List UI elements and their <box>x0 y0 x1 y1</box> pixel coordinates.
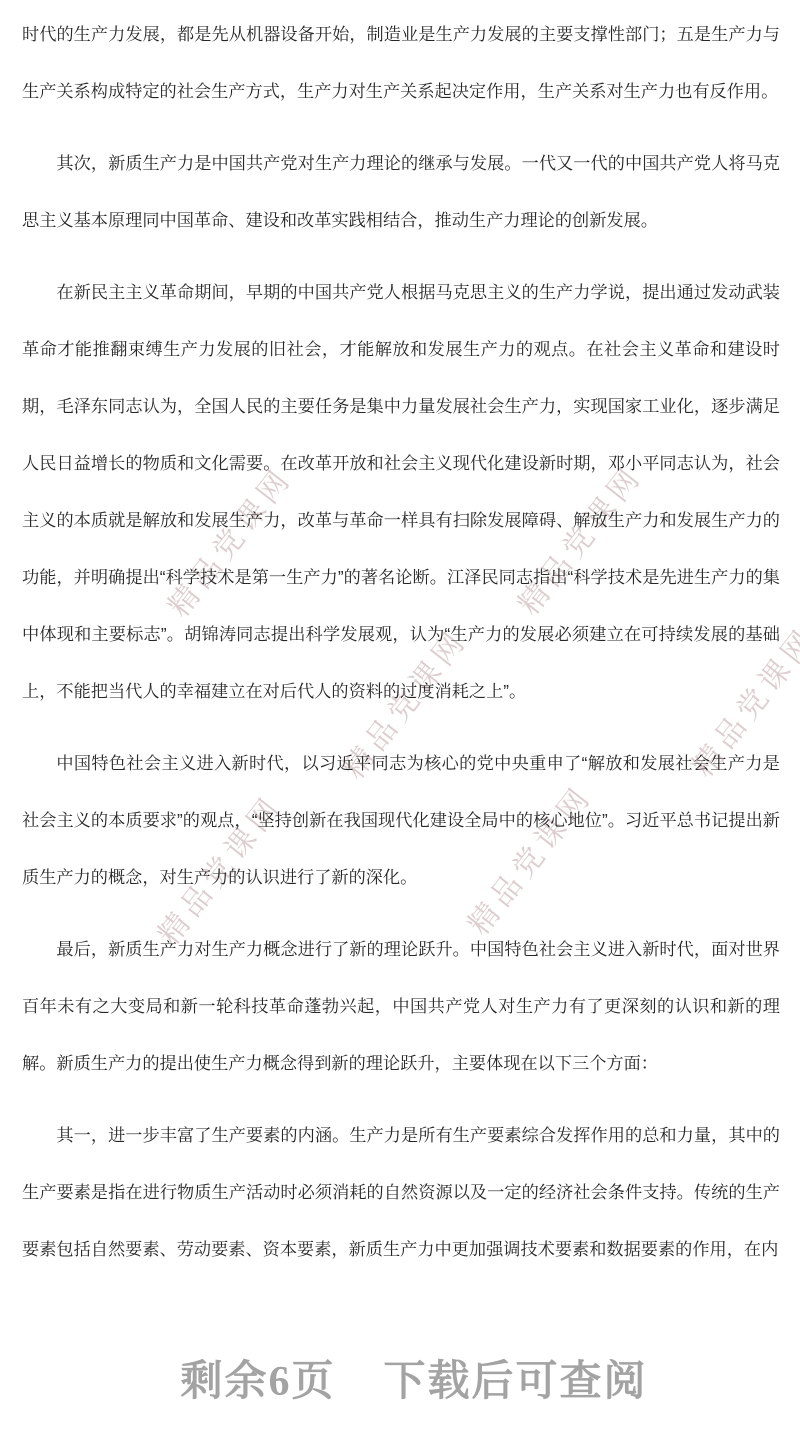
paragraph: 时代的生产力发展，都是先从机器设备开始，制造业是生产力发展的主要支撑性部门；五是… <box>22 6 780 120</box>
download-hint-text: 下载后可查阅 <box>384 1348 648 1408</box>
document-content: 时代的生产力发展，都是先从机器设备开始，制造业是生产力发展的主要支撑性部门；五是… <box>0 0 800 1293</box>
paragraph: 其次，新质生产力是中国共产党对生产力理论的继承与发展。一代又一代的中国共产党人将… <box>22 135 780 249</box>
document-page: 精品党课网 精品党课网 精品党课网 精品党课网 精品党课网 精品党课网 时代的生… <box>0 0 800 1454</box>
paragraph: 最后，新质生产力对生产力概念进行了新的理论跃升。中国特色社会主义进入新时代，面对… <box>22 921 780 1092</box>
remaining-pages-text: 剩余6页 <box>180 1348 335 1408</box>
paragraph: 中国特色社会主义进入新时代，以习近平同志为核心的党中央重申了“解放和发展社会生产… <box>22 735 780 906</box>
paragraph: 在新民主主义革命期间，早期的中国共产党人根据马克思主义的生产力学说，提出通过发动… <box>22 264 780 720</box>
paragraph: 其一，进一步丰富了生产要素的内涵。生产力是所有生产要素综合发挥作用的总和力量，其… <box>22 1107 780 1278</box>
page-footer-notice: 剩余6页 下载后可查阅 <box>14 1348 800 1408</box>
